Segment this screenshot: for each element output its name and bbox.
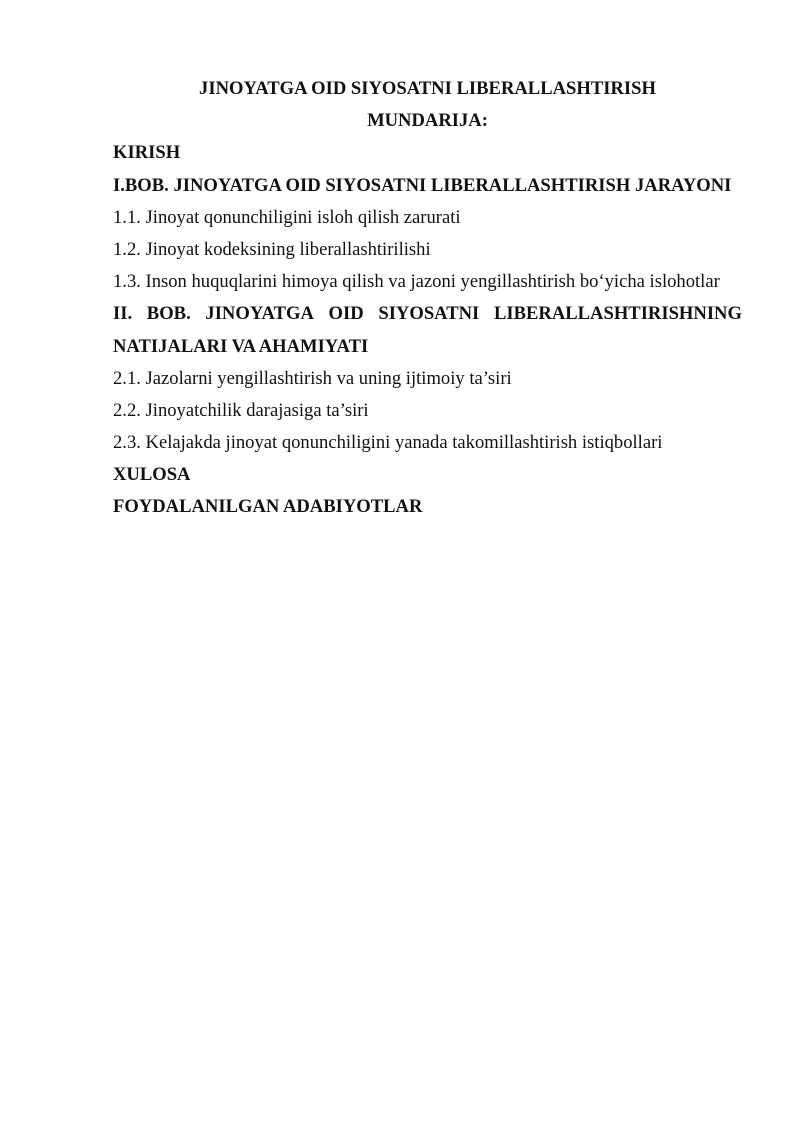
chapter-2-word: OID bbox=[329, 298, 364, 330]
toc-entry-chapter-2-line1: II. BOB. JINOYATGA OID SIYOSATNI LIBERAL… bbox=[113, 298, 742, 330]
toc-entry-1-3: 1.3. Inson huquqlarini himoya qilish va … bbox=[113, 266, 742, 298]
chapter-2-word: JINOYATGA bbox=[205, 298, 313, 330]
chapter-2-word: II. bbox=[113, 298, 132, 330]
toc-entry-kirish: KIRISH bbox=[113, 137, 742, 169]
document-page: JINOYATGA OID SIYOSATNI LIBERALLASHTIRIS… bbox=[113, 73, 742, 524]
toc-heading: MUNDARIJA: bbox=[113, 105, 742, 137]
toc-entry-1-1: 1.1. Jinoyat qonunchiligini isloh qilish… bbox=[113, 202, 742, 234]
toc-entry-references: FOYDALANILGAN ADABIYOTLAR bbox=[113, 491, 742, 523]
toc-entry-1-2: 1.2. Jinoyat kodeksining liberallashtiri… bbox=[113, 234, 742, 266]
toc-entry-2-2: 2.2. Jinoyatchilik darajasiga ta’siri bbox=[113, 395, 742, 427]
toc-entry-chapter-1: I.BOB. JINOYATGA OID SIYOSATNI LIBERALLA… bbox=[113, 170, 742, 202]
toc-entry-2-3: 2.3. Kelajakda jinoyat qonunchiligini ya… bbox=[113, 427, 742, 459]
toc-entry-2-1: 2.1. Jazolarni yengillashtirish va uning… bbox=[113, 363, 742, 395]
document-title: JINOYATGA OID SIYOSATNI LIBERALLASHTIRIS… bbox=[113, 73, 742, 105]
chapter-2-word: BOB. bbox=[147, 298, 191, 330]
chapter-2-word: SIYOSATNI bbox=[378, 298, 479, 330]
toc-entry-xulosa: XULOSA bbox=[113, 459, 742, 491]
toc-entry-chapter-2-line2: NATIJALARI VA AHAMIYATI bbox=[113, 331, 742, 363]
chapter-2-word: LIBERALLASHTIRISHNING bbox=[494, 298, 742, 330]
